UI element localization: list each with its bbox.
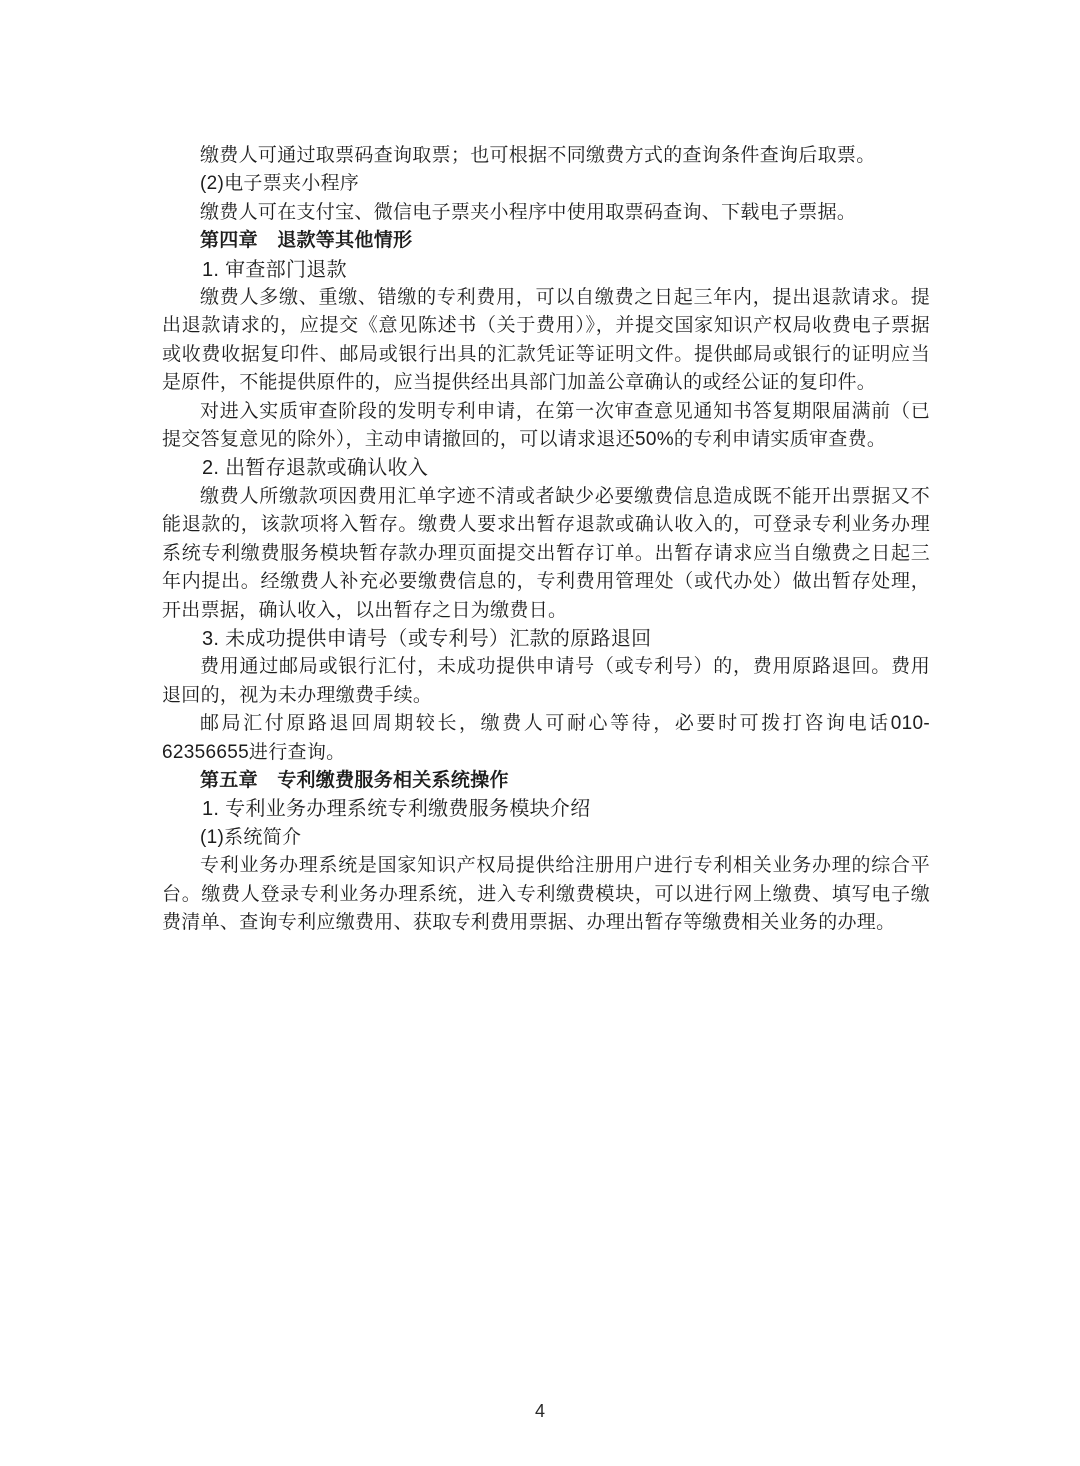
chapter5-section-1-paragraph-1: 专利业务办理系统是国家知识产权局提供给注册用户进行专利相关业务办理的综合平台。缴… [162, 852, 930, 937]
chapter4-section-3-heading: 3. 未成功提供申请号（或专利号）汇款的原路退回 [162, 625, 930, 653]
chapter-4-title: 第四章 退款等其他情形 [162, 227, 930, 255]
chapter4-section-3-paragraph-1: 费用通过邮局或银行汇付，未成功提供申请号（或专利号）的，费用原路退回。费用退回的… [162, 653, 930, 710]
chapter4-section-2-paragraph-1: 缴费人所缴款项因费用汇单字迹不清或者缺少必要缴费信息造成既不能开出票据又不能退款… [162, 483, 930, 625]
document-page: 缴费人可通过取票码查询取票；也可根据不同缴费方式的查询条件查询后取票。 (2)电… [0, 0, 1080, 1466]
chapter5-section-1-subheading: (1)系统简介 [162, 824, 930, 852]
intro-paragraph-2: 缴费人可在支付宝、微信电子票夹小程序中使用取票码查询、下载电子票据。 [162, 199, 930, 227]
intro-paragraph-1: 缴费人可通过取票码查询取票；也可根据不同缴费方式的查询条件查询后取票。 [162, 142, 930, 170]
chapter4-section-1-paragraph-1: 缴费人多缴、重缴、错缴的专利费用，可以自缴费之日起三年内，提出退款请求。提出退款… [162, 284, 930, 398]
chapter4-section-3-paragraph-2: 邮局汇付原路退回周期较长，缴费人可耐心等待，必要时可拨打咨询电话010-6235… [162, 710, 930, 767]
chapter5-section-1-heading: 1. 专利业务办理系统专利缴费服务模块介绍 [162, 795, 930, 823]
chapter4-section-2-heading: 2. 出暂存退款或确认收入 [162, 454, 930, 482]
chapter4-section-1-heading: 1. 审查部门退款 [162, 256, 930, 284]
chapter4-section-1-paragraph-2: 对进入实质审查阶段的发明专利申请，在第一次审查意见通知书答复期限届满前（已提交答… [162, 398, 930, 455]
intro-list-item-2: (2)电子票夹小程序 [162, 170, 930, 198]
document-body: 缴费人可通过取票码查询取票；也可根据不同缴费方式的查询条件查询后取票。 (2)电… [162, 142, 930, 937]
chapter-5-title: 第五章 专利缴费服务相关系统操作 [162, 767, 930, 795]
page-number: 4 [0, 1401, 1080, 1422]
